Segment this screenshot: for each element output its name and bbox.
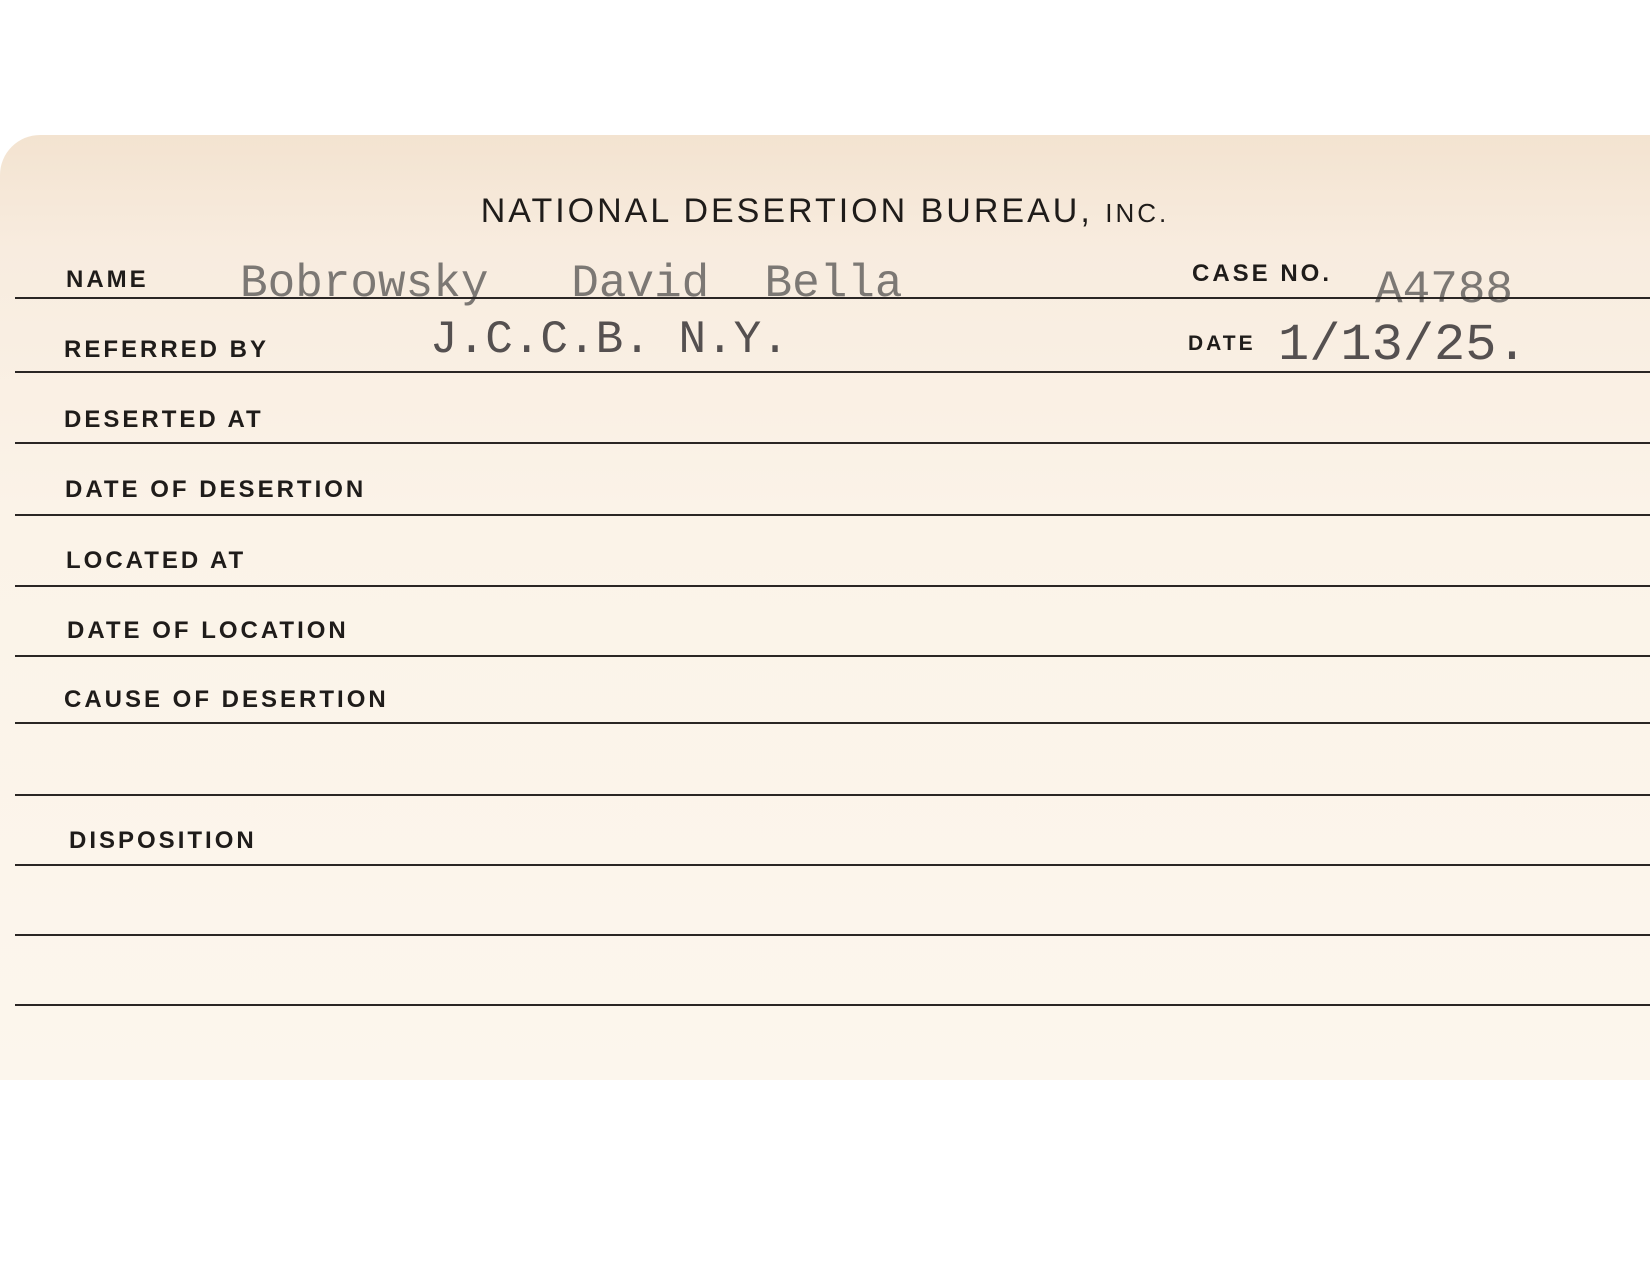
title-text: NATIONAL DESERTION BUREAU, <box>481 192 1093 230</box>
name-label: NAME <box>66 266 149 294</box>
date-label: DATE <box>1188 332 1256 356</box>
name-value: Bobrowsky David Bella <box>240 258 903 310</box>
card-title: NATIONAL DESERTION BUREAU, INC. <box>0 192 1650 231</box>
rule-line <box>15 442 1650 444</box>
rule-line <box>15 514 1650 516</box>
case-no-value: A4788 <box>1375 264 1513 316</box>
referred-by-label: REFERRED BY <box>64 336 269 364</box>
date-of-desertion-label: DATE OF DESERTION <box>65 476 366 504</box>
rule-line <box>15 722 1650 724</box>
rule-line <box>15 655 1650 657</box>
date-value: 1/13/25. <box>1278 316 1528 375</box>
rule-line <box>15 297 1650 299</box>
rule-line <box>15 864 1650 866</box>
rule-line <box>15 794 1650 796</box>
rule-line <box>15 585 1650 587</box>
deserted-at-label: DESERTED AT <box>64 406 264 434</box>
date-of-location-label: DATE OF LOCATION <box>67 617 349 645</box>
title-suffix: INC. <box>1105 198 1169 228</box>
cause-of-desertion-label: CAUSE OF DESERTION <box>64 686 389 714</box>
rule-line <box>15 934 1650 936</box>
located-at-label: LOCATED AT <box>66 547 246 575</box>
rule-line <box>15 371 1650 373</box>
referred-by-value: J.C.C.B. N.Y. <box>430 314 789 366</box>
case-no-label: CASE NO. <box>1192 260 1332 288</box>
disposition-label: DISPOSITION <box>69 827 257 855</box>
rule-line <box>15 1004 1650 1006</box>
